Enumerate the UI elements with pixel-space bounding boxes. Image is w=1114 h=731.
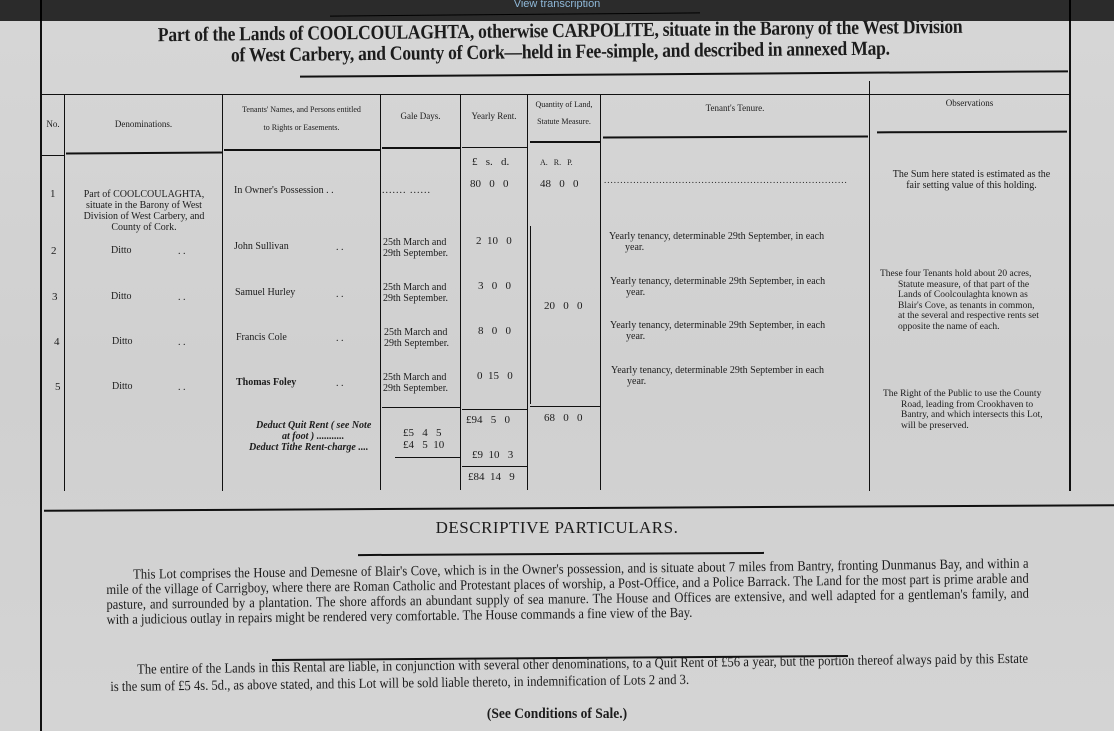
row-2-no: 2 [51,246,57,257]
denomination-line: County of Cork. [66,222,222,233]
descriptive-paragraph-2: The entire of the Lands in this Rental a… [110,651,1028,696]
rent-total: £94 5 0 [466,414,510,426]
table-bottom-rule [44,504,1114,512]
observation-line: will be preserved. [883,421,1073,432]
denomination-line: Part of COOLCOULAGHTA, [66,189,222,200]
tenure-line: year. [610,287,868,298]
row-5-no: 5 [55,382,61,393]
gale-line: 25th March and [383,237,448,248]
heading-rule [358,552,764,556]
row-1-gale-dots: ....... ...... [382,185,460,196]
observation-line: Blair's Cove, as tenants in common, [880,301,1070,312]
row-4-rent: 8 0 0 [478,325,511,337]
row-5-tenure: Yearly tenancy, determinable 29th Septem… [611,365,869,387]
row-4-tenure: Yearly tenancy, determinable 29th Septem… [610,320,868,342]
gale-line: 25th March and [383,372,448,383]
header-yearly-rent: Yearly Rent. [461,107,527,125]
row-4-ditto-marker: . . [178,337,186,348]
net-total: £84 14 9 [468,471,515,483]
row-4-tenant-marker: . . [336,333,344,344]
header-rule [530,141,600,143]
header-no: No. [42,115,64,133]
row-5-denomination: Ditto [112,381,133,392]
row-3-ditto-marker: . . [178,292,186,303]
row-1-tenure-dots: ........................................… [604,175,869,185]
document-page: Part of the Lands of COOLCOULAGHTA, othe… [0,21,1114,731]
tenure-line: Yearly tenancy, determinable 29th Septem… [609,231,867,242]
header-tenants-1: Tenants' Names, and Persons entitled [223,101,380,119]
header-observations: Observations [870,94,1069,112]
land-bracket [530,226,531,404]
row-1-rent: 80 0 0 [470,178,509,190]
row-3-no: 3 [52,292,58,303]
deduct-tithe-label: Deduct Tithe Rent-charge .... [249,442,368,453]
deductions-rule [395,457,460,458]
deduct-quit-label-2: at foot ) ........... [282,431,344,442]
observation-line: Lands of Coolcoulaghta known as [880,290,1070,301]
observation-line: Road, leading from Crookhaven to [883,400,1073,411]
row-3-gale: 25th March and 29th September. [383,282,448,304]
header-rule [224,149,380,151]
gale-line: 29th September. [384,338,449,349]
row-2-denomination: Ditto [111,245,132,256]
deductions-total: £9 10 3 [472,449,513,461]
totals-rule [382,407,460,408]
rows-2-5-shared-land: 20 0 0 [544,300,583,312]
row-1-observation: The Sum here stated is estimated as the … [874,169,1069,191]
view-transcription-link[interactable]: View transcription [0,0,1114,9]
rows-2-5-observation: These four Tenants hold about 20 acres, … [880,269,1070,332]
row-2-tenant: John Sullivan [234,241,289,252]
tenure-line: Yearly tenancy, determinable 29th Septem… [610,320,868,331]
col-line [380,95,381,490]
header-tenants-2: to Rights or Easements. [223,119,380,137]
tenure-line: Yearly tenancy, determinable 29th Septem… [610,276,868,287]
observation-line: The Right of the Public to use the Count… [883,389,1073,400]
observation-line: Bantry, and which intersects this Lot, [883,410,1073,421]
header-denominations: Denominations. [65,115,222,133]
row-1-no: 1 [50,189,56,200]
row-5-gale: 25th March and 29th September. [383,372,448,394]
see-conditions-note: (See Conditions of Sale.) [56,706,1059,723]
col-line [222,95,223,491]
observation-line: fair setting value of this holding. [874,180,1069,191]
border-line [1069,0,1071,21]
tenure-line: year. [609,242,867,253]
row-5-ditto-marker: . . [178,382,186,393]
observation-line: These four Tenants hold about 20 acres, [880,269,1070,280]
row-4-no: 4 [54,337,60,348]
rule-line [330,12,700,16]
header-rule [42,155,64,156]
denomination-line: Division of West Carbery, and [66,211,222,222]
col-line [527,95,528,490]
header-rule [66,151,222,154]
observation-line: Statute measure, of that part of the [880,280,1070,291]
row-5-rent: 0 15 0 [477,370,513,382]
row-2-ditto-marker: . . [178,246,186,257]
gale-line: 29th September. [383,383,448,394]
gale-line: 25th March and [384,327,449,338]
row-3-tenant-marker: . . [336,289,344,300]
gale-line: 25th March and [383,282,448,293]
row-3-denomination: Ditto [111,291,132,302]
row-2-tenant-marker: . . [336,242,344,253]
header-rule [462,147,527,148]
header-rule [382,147,460,149]
row-3-tenure: Yearly tenancy, determinable 29th Septem… [610,276,868,298]
deduct-quit-value: £5 4 5 [403,427,442,439]
tenure-line: Yearly tenancy, determinable 29th Septem… [611,365,869,376]
row-1-tenant: In Owner's Possession . . [234,185,334,196]
header-quantity-1: Quantity of Land, [528,96,600,114]
row-2-rent: 2 10 0 [476,235,512,247]
row-5-tenant-marker: . . [336,378,344,389]
row-2-gale: 25th March and 29th September. [383,237,448,259]
tenure-line: year. [611,376,869,387]
deduct-tithe-value: £4 5 10 [403,439,444,451]
observation-line: The Sum here stated is estimated as the [874,169,1069,180]
col-line [460,95,461,490]
row-1-denomination: Part of COOLCOULAGHTA, situate in the Ba… [66,189,222,233]
document-title: Part of the Lands of COOLCOULAGHTA, othe… [138,17,983,68]
totals-rule [530,406,600,407]
header-tenure: Tenant's Tenure. [601,99,869,117]
header-rule [603,136,868,139]
row-1-land: 48 0 0 [540,178,579,190]
row-4-gale: 25th March and 29th September. [384,327,449,349]
row-2-tenure: Yearly tenancy, determinable 29th Septem… [609,231,867,253]
descriptive-heading: DESCRIPTIVE PARTICULARS. [0,518,1114,538]
land-total: 68 0 0 [544,412,583,424]
header-gale-days: Gale Days. [381,107,460,125]
row-3-tenant: Samuel Hurley [235,287,295,298]
observation-line: opposite the name of each. [880,322,1070,333]
header-quantity-2: Statute Measure. [528,113,600,131]
col-line [64,95,65,491]
descriptive-paragraph-1: This Lot comprises the House and Demesne… [106,557,1029,628]
totals-rule [462,409,527,410]
border-line [40,0,42,21]
row-4-tenant: Francis Cole [236,332,287,343]
title-rule [300,70,1068,77]
observation-line: at the several and respective rents set [880,311,1070,322]
denomination-line: situate in the Barony of West [66,200,222,211]
land-units: A. R. P. [540,158,573,167]
gale-line: 29th September. [383,293,448,304]
tenure-line: year. [610,331,868,342]
net-rule [462,466,527,467]
col-line [869,81,870,491]
road-observation: The Right of the Public to use the Count… [883,389,1073,431]
deduct-quit-label-1: Deduct Quit Rent ( see Note [256,420,371,431]
header-rule [877,131,1067,134]
rent-units: £ s. d. [472,156,509,168]
gale-line: 29th September. [383,248,448,259]
viewer-top-bar: View transcription [0,0,1114,21]
row-3-rent: 3 0 0 [478,280,511,292]
col-line [600,95,601,490]
row-5-tenant: Thomas Foley [236,377,296,388]
row-4-denomination: Ditto [112,336,133,347]
